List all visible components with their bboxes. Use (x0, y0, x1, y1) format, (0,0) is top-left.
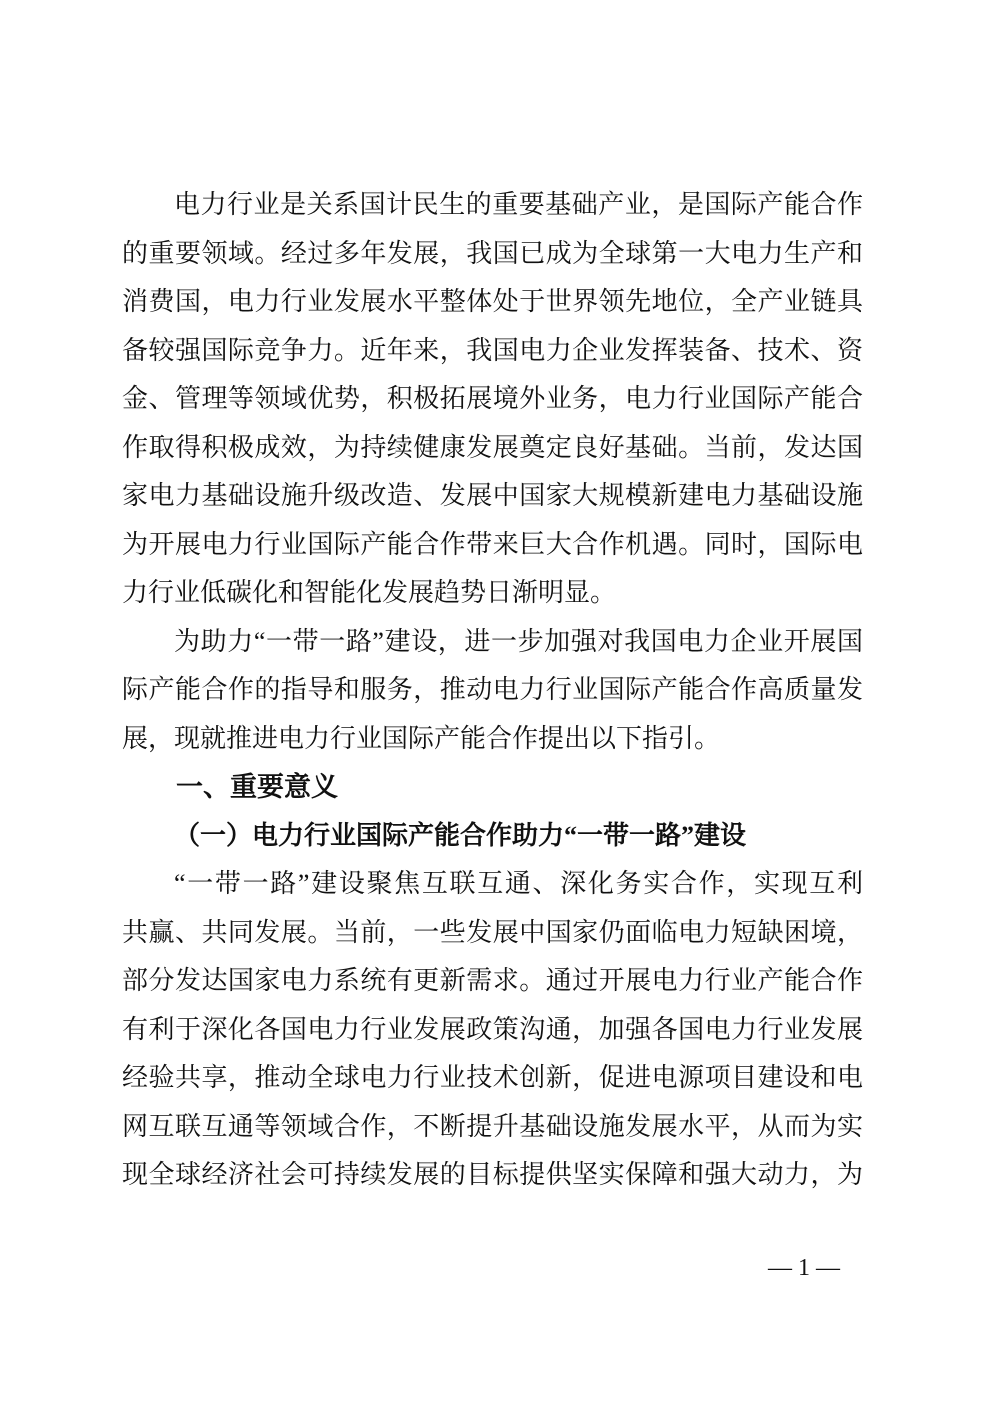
section-heading: 一、重要意义 (122, 763, 863, 812)
paragraph3-line: 共赢、共同发展。当前，一些发展中国家仍面临电力短缺困境， (122, 909, 863, 958)
paragraph3-line: 有利于深化各国电力行业发展政策沟通，加强各国电力行业发展 (122, 1006, 863, 1055)
paragraph1-line: 的重要领域。经过多年发展，我国已成为全球第一大电力生产和 (122, 230, 863, 279)
paragraph3-line: 网互联互通等领域合作，不断提升基础设施发展水平，从而为实 (122, 1103, 863, 1152)
paragraph1-line: 电力行业是关系国计民生的重要基础产业，是国际产能合作 (122, 181, 863, 230)
document-page: 电力行业是关系国计民生的重要基础产业，是国际产能合作 的重要领域。经过多年发展，… (0, 0, 992, 1403)
paragraph3-line: 部分发达国家电力系统有更新需求。通过开展电力行业产能合作 (122, 957, 863, 1006)
paragraph3-line: “一带一路”建设聚焦互联互通、深化务实合作，实现互利 (122, 860, 863, 909)
paragraph1-line: 家电力基础设施升级改造、发展中国家大规模新建电力基础设施 (122, 472, 863, 521)
paragraph1-line: 备较强国际竞争力。近年来，我国电力企业发挥装备、技术、资 (122, 327, 863, 376)
paragraph1-line: 金、管理等领域优势，积极拓展境外业务，电力行业国际产能合 (122, 375, 863, 424)
paragraph2-line: 际产能合作的指导和服务，推动电力行业国际产能合作高质量发 (122, 666, 863, 715)
page-number: — 1 — (768, 1253, 840, 1283)
paragraph1-line: 作取得积极成效，为持续健康发展奠定良好基础。当前，发达国 (122, 424, 863, 473)
document-text-block: 电力行业是关系国计民生的重要基础产业，是国际产能合作 的重要领域。经过多年发展，… (122, 181, 863, 1200)
paragraph2-line: 展，现就推进电力行业国际产能合作提出以下指引。 (122, 715, 863, 764)
subsection-heading: （一）电力行业国际产能合作助力“一带一路”建设 (122, 812, 863, 861)
paragraph2-line: 为助力“一带一路”建设，进一步加强对我国电力企业开展国 (122, 618, 863, 667)
paragraph1-line: 消费国，电力行业发展水平整体处于世界领先地位，全产业链具 (122, 278, 863, 327)
paragraph1-line: 为开展电力行业国际产能合作带来巨大合作机遇。同时，国际电 (122, 521, 863, 570)
paragraph3-line: 现全球经济社会可持续发展的目标提供坚实保障和强大动力，为 (122, 1151, 863, 1200)
paragraph1-line: 力行业低碳化和智能化发展趋势日渐明显。 (122, 569, 863, 618)
paragraph3-line: 经验共享，推动全球电力行业技术创新，促进电源项目建设和电 (122, 1054, 863, 1103)
